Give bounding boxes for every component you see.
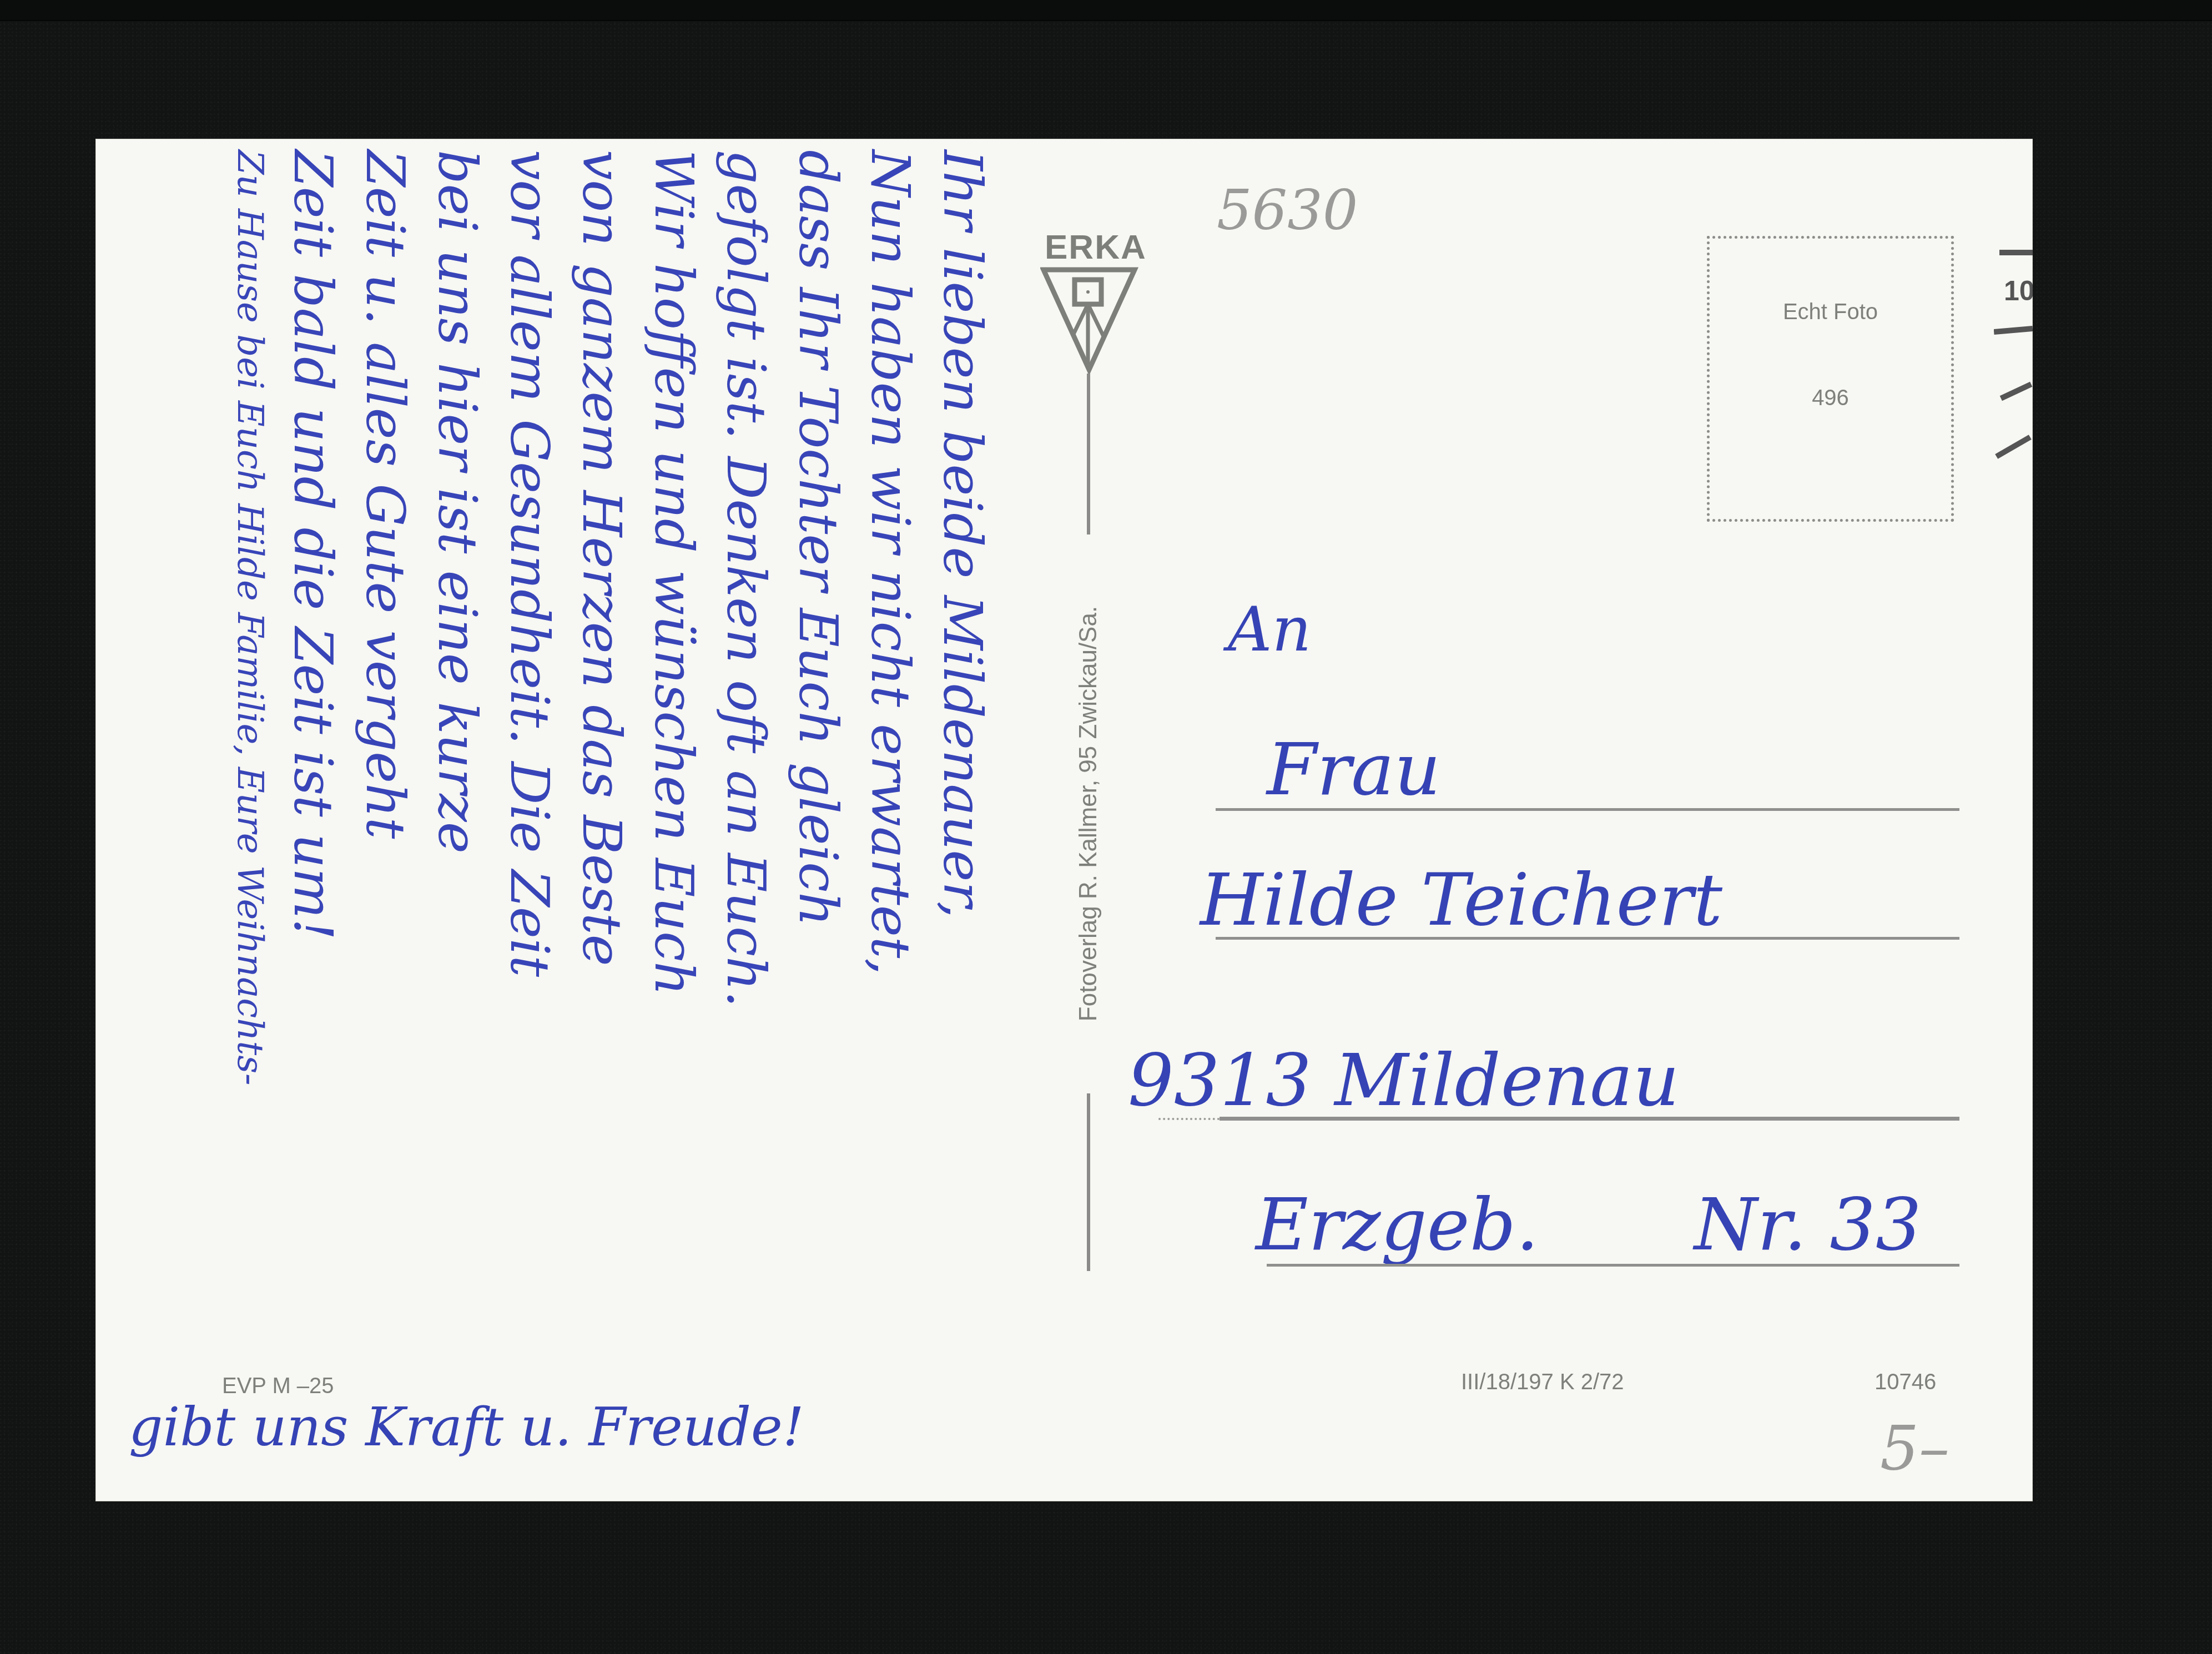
postcode-dots: [1158, 1118, 1220, 1120]
message-line: Wir hoffen und wünschen Euch: [647, 150, 701, 996]
stamp-label-echt-foto: Echt Foto: [1710, 300, 1951, 325]
message-line: gefolgt ist. Denken oft an Euch.: [719, 150, 773, 1007]
logo-text: ERKA: [1045, 228, 1147, 267]
message-line: vor allem Gesundheit. Die Zeit: [503, 150, 556, 977]
postmark-fragment: 10: [1994, 150, 2033, 494]
address-name: Hilde Teichert: [1200, 858, 1722, 942]
address-city: 9313 Mildenau: [1128, 1038, 1680, 1122]
handwritten-message: Ihr lieben beide Mildenauer, Nun haben w…: [101, 150, 989, 1493]
divider-line-top: [1087, 374, 1090, 534]
stamp-placeholder: Echt Foto 496: [1707, 236, 1954, 522]
address-salutation: An: [1228, 594, 1311, 665]
address-line-1: [1216, 808, 1959, 811]
footer-card-number: 10746: [1875, 1370, 1936, 1395]
camera-tripod-icon: [1040, 265, 1140, 376]
address-title: Frau: [1267, 727, 1441, 811]
message-line: Zeit bald und die Zeit ist um!: [286, 150, 340, 940]
address-line-2: [1216, 937, 1959, 940]
footer-price-code: EVP M –25: [222, 1374, 334, 1399]
address-house-number: Nr. 33: [1694, 1182, 1922, 1267]
stamp-label-number: 496: [1710, 386, 1951, 411]
divider-line-bottom: [1087, 1093, 1090, 1271]
pencil-note-bottom: 5–: [1880, 1413, 1949, 1484]
postmark-text: 10: [2004, 275, 2033, 307]
scanner-edge: [0, 0, 2212, 21]
message-line: bei uns hier ist eine kurze: [431, 150, 484, 854]
postcard: Ihr lieben beide Mildenauer, Nun haben w…: [95, 139, 2033, 1501]
footer-license-code: III/18/197 K 2/72: [1461, 1370, 1624, 1395]
pencil-note-top: 5630: [1217, 178, 1358, 243]
erka-logo: ERKA: [1040, 228, 1140, 366]
address-line-3: [1220, 1117, 1959, 1121]
address-line-4: [1267, 1264, 1959, 1267]
message-line: Zeit u. alles Gute vergeht: [359, 150, 412, 839]
address-region: Erzgeb.: [1256, 1182, 1539, 1267]
message-line: Ihr lieben beide Mildenauer,: [936, 150, 989, 918]
publisher-imprint: Fotoverlag R. Kallmer, 95 Zwickau/Sa.: [1075, 606, 1102, 1021]
message-line: Nun haben wir nicht erwartet,: [864, 150, 917, 975]
message-line: von ganzem Herzen das Beste: [575, 150, 628, 966]
message-closing-line: gibt uns Kraft u. Freude!: [129, 1396, 804, 1458]
message-line: Zu Hause bei Euch Hilde Familie, Eure We…: [232, 150, 268, 1086]
message-line: dass Ihr Tochter Euch gleich: [792, 150, 845, 926]
